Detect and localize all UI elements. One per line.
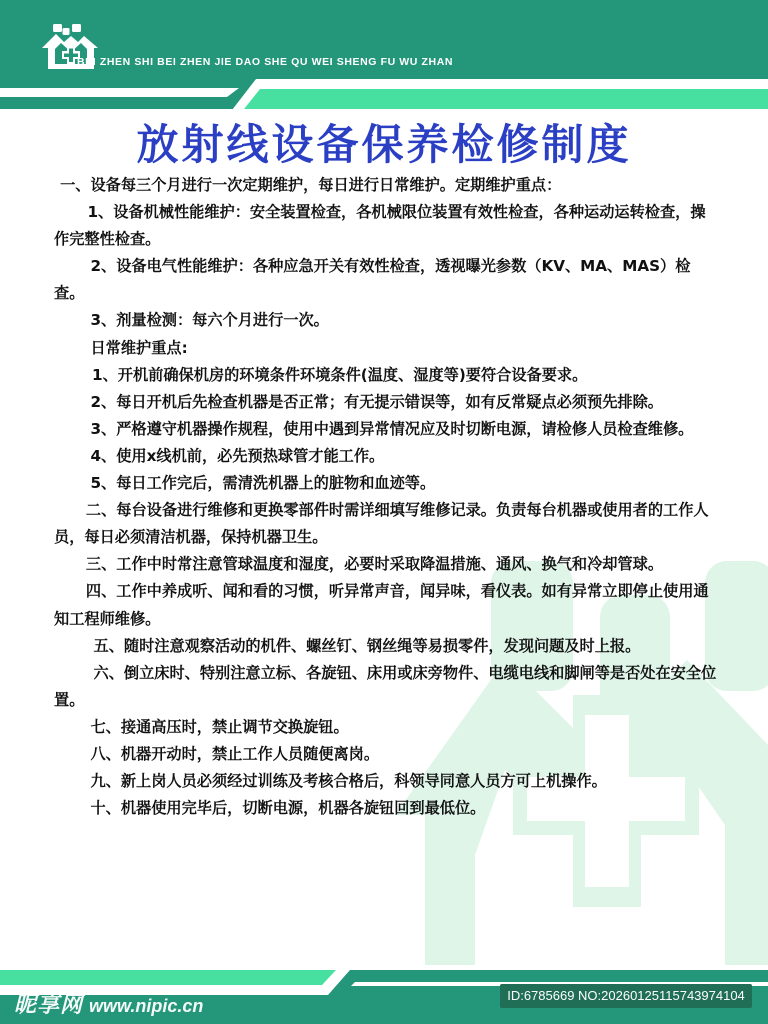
paragraph-7: 2、每日开机后先检查机器是否正常；有无提示错误等，如有反常疑点必须预先排除。 [54,389,720,416]
header-band-shapes [0,0,768,110]
site-name: 昵享网 [14,992,83,1017]
paragraph-2: 1、设备机械性能维护：安全装置检查，各机械限位装置有效性检查，各种运动运转检查，… [54,199,720,253]
paragraph-4: 3、剂量检测：每六个月进行一次。 [54,307,720,334]
header-banner: BEI ZHEN SHI BEI ZHEN JIE DAO SHE QU WEI… [0,0,768,110]
paragraph-6: 1、开机前确保机房的环境条件环境条件(温度、湿度等)要符合设备要求。 [54,362,720,389]
paragraph-16: 七、接通高压时，禁止调节交换旋钮。 [54,714,720,741]
paragraph-11: 二、每台设备进行维修和更换零部件时需详细填写维修记录。负责每台机器或使用者的工作… [54,497,720,551]
site-url: www.nipic.cn [89,996,203,1016]
header-subtitle: BEI ZHEN SHI BEI ZHEN JIE DAO SHE QU WEI… [77,56,453,68]
page-title: 放射线设备保养检修制度 [0,115,768,175]
paragraph-18: 九、新上岗人员必须经过训练及考核合格后，科领导同意人员方可上机操作。 [54,768,720,795]
paragraph-14: 五、随时注意观察活动的机件、螺丝钉、钢丝绳等易损零件，发现问题及时上报。 [54,633,720,660]
paragraph-10: 5、每日工作完后，需清洗机器上的脏物和血迹等。 [54,470,720,497]
regulation-body: 一、设备每三个月进行一次定期维护，每日进行日常维护。定期维护重点： 1、设备机械… [54,172,720,822]
paragraph-12: 三、工作中时常注意管球温度和湿度，必要时采取降温措施、通风、换气和冷却管球。 [54,551,720,578]
image-id-badge: ID:6785669 NO:20260125115743974104 [500,984,752,1008]
paragraph-1: 一、设备每三个月进行一次定期维护，每日进行日常维护。定期维护重点： [54,172,720,199]
nipic-watermark: 昵享网www.nipic.cn [14,988,203,1019]
paragraph-5: 日常维护重点: [54,335,720,362]
paragraph-8: 3、严格遵守机器操作规程，使用中遇到异常情况应及时切断电源，请检修人员检查维修。 [54,416,720,443]
paragraph-13: 四、工作中养成听、闻和看的习惯，听异常声音，闻异味，看仪表。如有异常立即停止使用… [54,578,720,632]
paragraph-19: 十、机器使用完毕后，切断电源，机器各旋钮回到最低位。 [54,795,720,822]
paragraph-15: 六、倒立床时、特别注意立标、各旋钮、床用或床旁物件、电缆电线和脚闸等是否处在安全… [54,660,720,714]
paragraph-9: 4、使用x线机前，必先预热球管才能工作。 [54,443,720,470]
paragraph-3: 2、设备电气性能维护：各种应急开关有效性检查，透视曝光参数（KV、MA、MAS）… [54,253,720,307]
paragraph-17: 八、机器开动时，禁止工作人员随便离岗。 [54,741,720,768]
